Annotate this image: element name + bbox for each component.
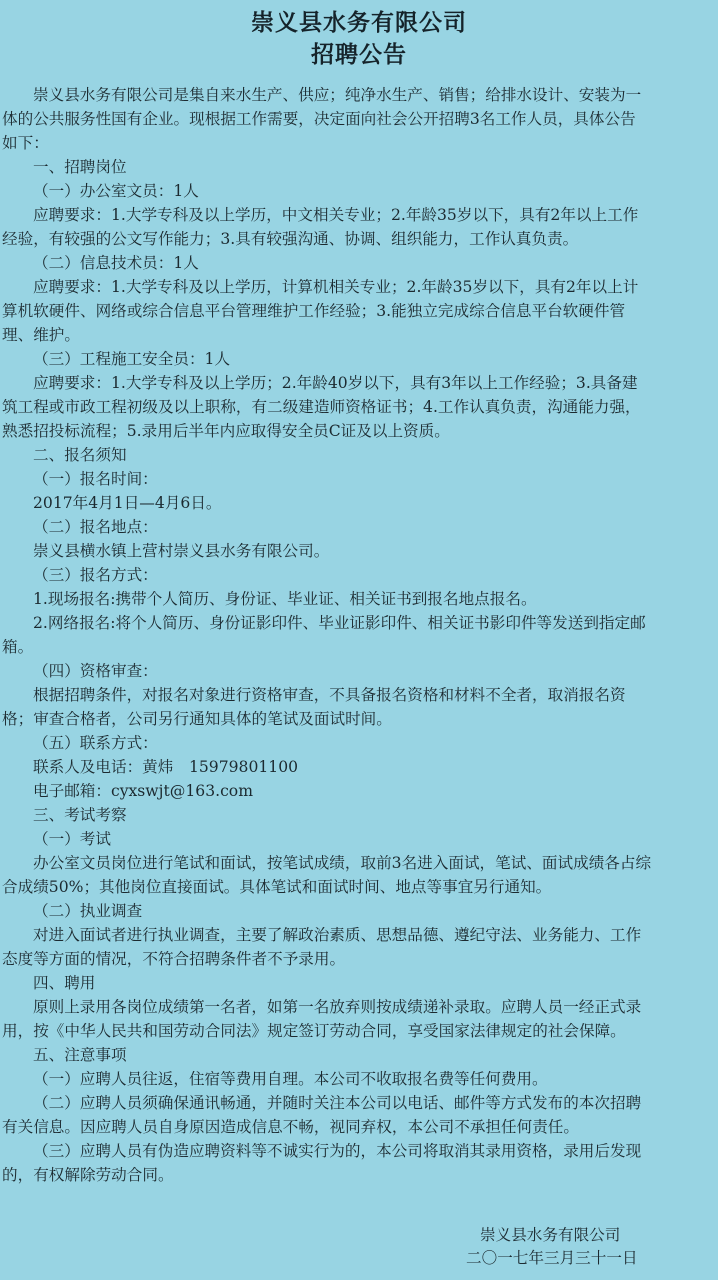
body-line: （四）资格审查： — [0, 659, 718, 683]
body-line: （五）联系方式： — [0, 731, 718, 755]
body-line: 五、注意事项 — [0, 1043, 718, 1067]
body-line: 经验，有较强的公文写作能力；3.具有较强沟通、协调、组织能力，工作认真负责。 — [0, 227, 718, 251]
body-line: 2017年4月1日—4月6日。 — [0, 491, 718, 515]
body-line: （三）工程施工安全员：1人 — [0, 347, 718, 371]
body-line: （三）应聘人员有伪造应聘资料等不诚实行为的，本公司将取消其录用资格，录用后发现 — [0, 1139, 718, 1163]
body-line: （二）信息技术员：1人 — [0, 251, 718, 275]
body-line: 联系人及电话：黄炜 15979801100 — [0, 755, 718, 779]
document-body: 崇义县水务有限公司是集自来水生产、供应；纯净水生产、销售；给排水设计、安装为一体… — [0, 83, 718, 1187]
body-line: 合成绩50%；其他岗位直接面试。具体笔试和面试时间、地点等事宜另行通知。 — [0, 875, 718, 899]
body-line: 原则上录用各岗位成绩第一名者，如第一名放弃则按成绩递补录取。应聘人员一经正式录 — [0, 995, 718, 1019]
body-line: 用，按《中华人民共和国劳动合同法》规定签订劳动合同，享受国家法律规定的社会保障。 — [0, 1019, 718, 1043]
body-line: 1.现场报名:携带个人简历、身份证、毕业证、相关证书到报名地点报名。 — [0, 587, 718, 611]
body-line: 应聘要求：1.大学专科及以上学历，计算机相关专业；2.年龄35岁以下，具有2年以… — [0, 275, 718, 299]
body-line: （三）报名方式： — [0, 563, 718, 587]
body-line: 有关信息。因应聘人员自身原因造成信息不畅，视同弃权，本公司不承担任何责任。 — [0, 1115, 718, 1139]
recruitment-notice-page: 崇义县水务有限公司 招聘公告 崇义县水务有限公司是集自来水生产、供应；纯净水生产… — [0, 0, 718, 1280]
signature-date: 二〇一七年三月三十一日 — [466, 1246, 638, 1270]
body-line: 二、报名须知 — [0, 443, 718, 467]
body-line: 箱。 — [0, 635, 718, 659]
body-line: （二）应聘人员须确保通讯畅通，并随时关注本公司以电话、邮件等方式发布的本次招聘 — [0, 1091, 718, 1115]
body-line: 一、招聘岗位 — [0, 155, 718, 179]
body-line: 三、考试考察 — [0, 803, 718, 827]
body-line: 格；审查合格者，公司另行通知具体的笔试及面试时间。 — [0, 707, 718, 731]
body-line: 熟悉招投标流程；5.录用后半年内应取得安全员C证及以上资质。 — [0, 419, 718, 443]
body-line: 四、聘用 — [0, 971, 718, 995]
body-line: 理、维护。 — [0, 323, 718, 347]
body-line: （一）考试 — [0, 827, 718, 851]
signature-company: 崇义县水务有限公司 — [480, 1223, 620, 1247]
body-line: 如下： — [0, 131, 718, 155]
body-line: 态度等方面的情况，不符合招聘条件者不予录用。 — [0, 947, 718, 971]
body-line: 2.网络报名:将个人简历、身份证影印件、毕业证影印件、相关证书影印件等发送到指定… — [0, 611, 718, 635]
body-line: 算机软硬件、网络或综合信息平台管理维护工作经验；3.能独立完成综合信息平台软硬件… — [0, 299, 718, 323]
body-line: （一）报名时间： — [0, 467, 718, 491]
body-line: 筑工程或市政工程初级及以上职称，有二级建造师资格证书；4.工作认真负责，沟通能力… — [0, 395, 718, 419]
body-line: 根据招聘条件，对报名对象进行资格审查，不具备报名资格和材料不全者，取消报名资 — [0, 683, 718, 707]
body-line: 体的公共服务性国有企业。现根据工作需要，决定面向社会公开招聘3名工作人员，具体公… — [0, 107, 718, 131]
body-line: 电子邮箱：cyxswjt@163.com — [0, 779, 718, 803]
body-line: 崇义县水务有限公司是集自来水生产、供应；纯净水生产、销售；给排水设计、安装为一 — [0, 83, 718, 107]
body-line: （二）报名地点： — [0, 515, 718, 539]
body-line: 崇义县横水镇上营村崇义县水务有限公司。 — [0, 539, 718, 563]
body-line: 办公室文员岗位进行笔试和面试，按笔试成绩，取前3名进入面试，笔试、面试成绩各占综 — [0, 851, 718, 875]
document-title: 崇义县水务有限公司 — [0, 4, 718, 37]
body-line: （二）执业调查 — [0, 899, 718, 923]
body-line: 对进入面试者进行执业调查，主要了解政治素质、思想品德、遵纪守法、业务能力、工作 — [0, 923, 718, 947]
body-line: 应聘要求：1.大学专科及以上学历，中文相关专业；2.年龄35岁以下，具有2年以上… — [0, 203, 718, 227]
body-line: （一）办公室文员：1人 — [0, 179, 718, 203]
body-line: （一）应聘人员往返，住宿等费用自理。本公司不收取报名费等任何费用。 — [0, 1067, 718, 1091]
body-line: 的，有权解除劳动合同。 — [0, 1163, 718, 1187]
body-line: 应聘要求：1.大学专科及以上学历；2.年龄40岁以下，具有3年以上工作经验；3.… — [0, 371, 718, 395]
document-subtitle: 招聘公告 — [0, 36, 718, 69]
